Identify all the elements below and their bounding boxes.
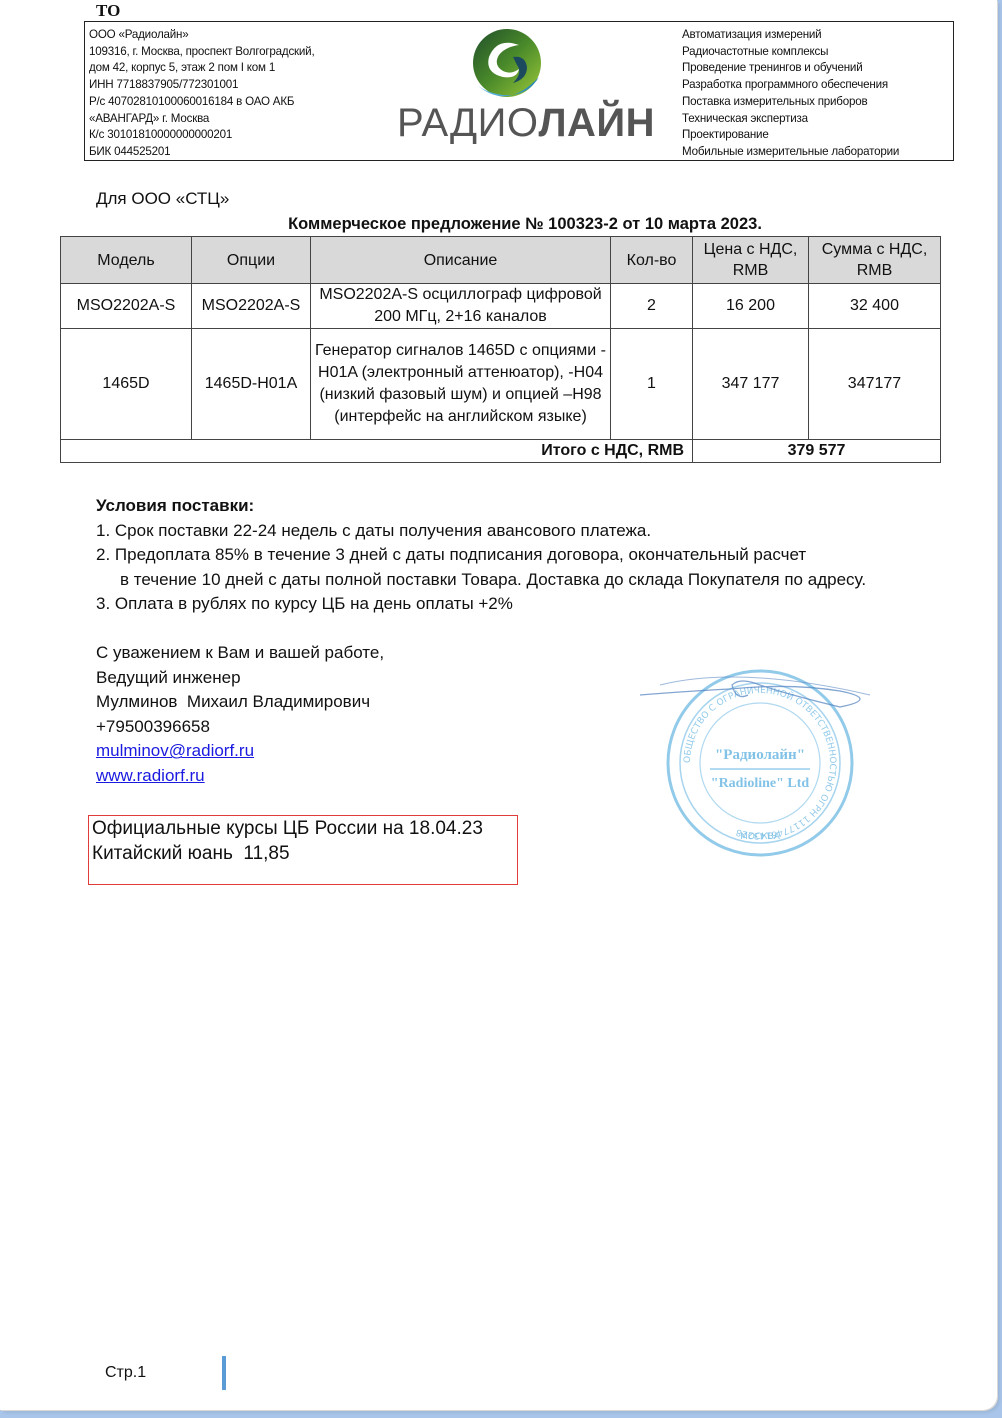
- exchange-rate-title: Официальные курсы ЦБ России на 18.04.23: [92, 818, 483, 840]
- company-info-line: ООО «Радиолайн»: [89, 27, 314, 44]
- company-stamp: ОБЩЕСТВО С ОГРАНИЧЕННОЙ ОТВЕТСТВЕННОСТЬЮ…: [640, 655, 920, 870]
- exchange-rate-box: Официальные курсы ЦБ России на 18.04.23 …: [88, 815, 518, 885]
- logo-text-light: РАДИО: [397, 101, 538, 145]
- signer-position: Ведущий инженер: [96, 666, 384, 691]
- service-item: Проведение тренингов и обучений: [682, 60, 899, 77]
- signer-name: Мулминов Михаил Владимирович: [96, 690, 384, 715]
- text-cursor: [222, 1356, 226, 1390]
- svg-text:МОСКВА: МОСКВА: [740, 832, 781, 842]
- company-info-line: ИНН 7718837905/772301001: [89, 77, 314, 94]
- cell-model: MSO2202A-S: [61, 284, 192, 329]
- company-logo: РАДИОЛАЙН: [397, 27, 637, 155]
- cell-sum: 347177: [809, 329, 941, 440]
- greeting: С уважением к Вам и вашей работе,: [96, 641, 384, 666]
- total-value: 379 577: [693, 440, 941, 463]
- website-link[interactable]: www.radiorf.ru: [96, 766, 205, 785]
- cell-description: Генератор сигналов 1465D с опциями -H01A…: [311, 329, 611, 440]
- cell-qty: 1: [611, 329, 693, 440]
- to-label: ТО: [96, 1, 120, 21]
- page-number: Стр.1: [105, 1364, 146, 1382]
- svg-text:"Radioline" Ltd: "Radioline" Ltd: [711, 776, 810, 791]
- cell-options: 1465D-H01A: [192, 329, 311, 440]
- offer-table: Модель Опции Описание Кол-во Цена с НДС,…: [60, 236, 941, 463]
- cell-price: 347 177: [693, 329, 809, 440]
- svg-text:"Радиолайн": "Радиолайн": [715, 747, 805, 763]
- signer-phone: +79500396658: [96, 715, 384, 740]
- column-header-price: Цена с НДС, RMB: [693, 237, 809, 284]
- table-header-row: Модель Опции Описание Кол-во Цена с НДС,…: [61, 237, 941, 284]
- cell-options: MSO2202A-S: [192, 284, 311, 329]
- condition-item: 2. Предоплата 85% в течение 3 дней с дат…: [96, 543, 866, 568]
- cell-model: 1465D: [61, 329, 192, 440]
- company-info-line: дом 42, корпус 5, этаж 2 пом I ком 1: [89, 60, 314, 77]
- total-label: Итого с НДС, RMB: [61, 440, 693, 463]
- company-info-line: «АВАНГАРД» г. Москва: [89, 111, 314, 128]
- column-header-model: Модель: [61, 237, 192, 284]
- service-item: Мобильные измерительные лаборатории: [682, 144, 899, 161]
- logo-text-bold: ЛАЙН: [538, 101, 655, 145]
- company-info-line: 109316, г. Москва, проспект Волгоградски…: [89, 44, 314, 61]
- recipient: Для ООО «СТЦ»: [96, 189, 229, 209]
- column-header-description: Описание: [311, 237, 611, 284]
- conditions-title: Условия поставки:: [96, 494, 866, 519]
- table-row: 1465D 1465D-H01A Генератор сигналов 1465…: [61, 329, 941, 440]
- table-total-row: Итого с НДС, RMB 379 577: [61, 440, 941, 463]
- service-item: Проектирование: [682, 127, 899, 144]
- delivery-conditions: Условия поставки: 1. Срок поставки 22-24…: [96, 494, 866, 617]
- radioline-swirl-logo-icon: [447, 27, 567, 107]
- cell-description: MSO2202A-S осциллограф цифровой 200 МГц,…: [311, 284, 611, 329]
- cell-sum: 32 400: [809, 284, 941, 329]
- table-row: MSO2202A-S MSO2202A-S MSO2202A-S осцилло…: [61, 284, 941, 329]
- document-page: ТО ООО «Радиолайн» 109316, г. Москва, пр…: [0, 0, 997, 1410]
- company-info-line: БИК 044525201: [89, 144, 314, 161]
- exchange-rate-value: Китайский юань 11,85: [92, 843, 290, 865]
- company-info-line: Р/с 40702810100060016184 в ОАО АКБ: [89, 94, 314, 111]
- email-link[interactable]: mulminov@radiorf.ru: [96, 741, 254, 760]
- cell-price: 16 200: [693, 284, 809, 329]
- letterhead: ООО «Радиолайн» 109316, г. Москва, просп…: [84, 21, 954, 161]
- offer-title: Коммерческое предложение № 100323-2 от 1…: [0, 215, 1002, 234]
- condition-item: 1. Срок поставки 22-24 недель с даты пол…: [96, 519, 866, 544]
- logo-text: РАДИОЛАЙН: [397, 101, 655, 146]
- column-header-qty: Кол-во: [611, 237, 693, 284]
- column-header-sum: Сумма с НДС, RMB: [809, 237, 941, 284]
- service-item: Радиочастотные комплексы: [682, 44, 899, 61]
- company-info: ООО «Радиолайн» 109316, г. Москва, просп…: [89, 27, 314, 161]
- column-header-options: Опции: [192, 237, 311, 284]
- service-item: Техническая экспертиза: [682, 111, 899, 128]
- service-item: Автоматизация измерений: [682, 27, 899, 44]
- signature-block: С уважением к Вам и вашей работе, Ведущи…: [96, 641, 384, 789]
- cell-qty: 2: [611, 284, 693, 329]
- condition-item-continuation: в течение 10 дней с даты полной поставки…: [96, 568, 866, 593]
- stamp-seal-icon: ОБЩЕСТВО С ОГРАНИЧЕННОЙ ОТВЕТСТВЕННОСТЬЮ…: [640, 655, 920, 870]
- condition-item: 3. Оплата в рублях по курсу ЦБ на день о…: [96, 592, 866, 617]
- service-item: Разработка программного обеспечения: [682, 77, 899, 94]
- services-list: Автоматизация измерений Радиочастотные к…: [682, 27, 899, 161]
- service-item: Поставка измерительных приборов: [682, 94, 899, 111]
- company-info-line: К/с 30101810000000000201: [89, 127, 314, 144]
